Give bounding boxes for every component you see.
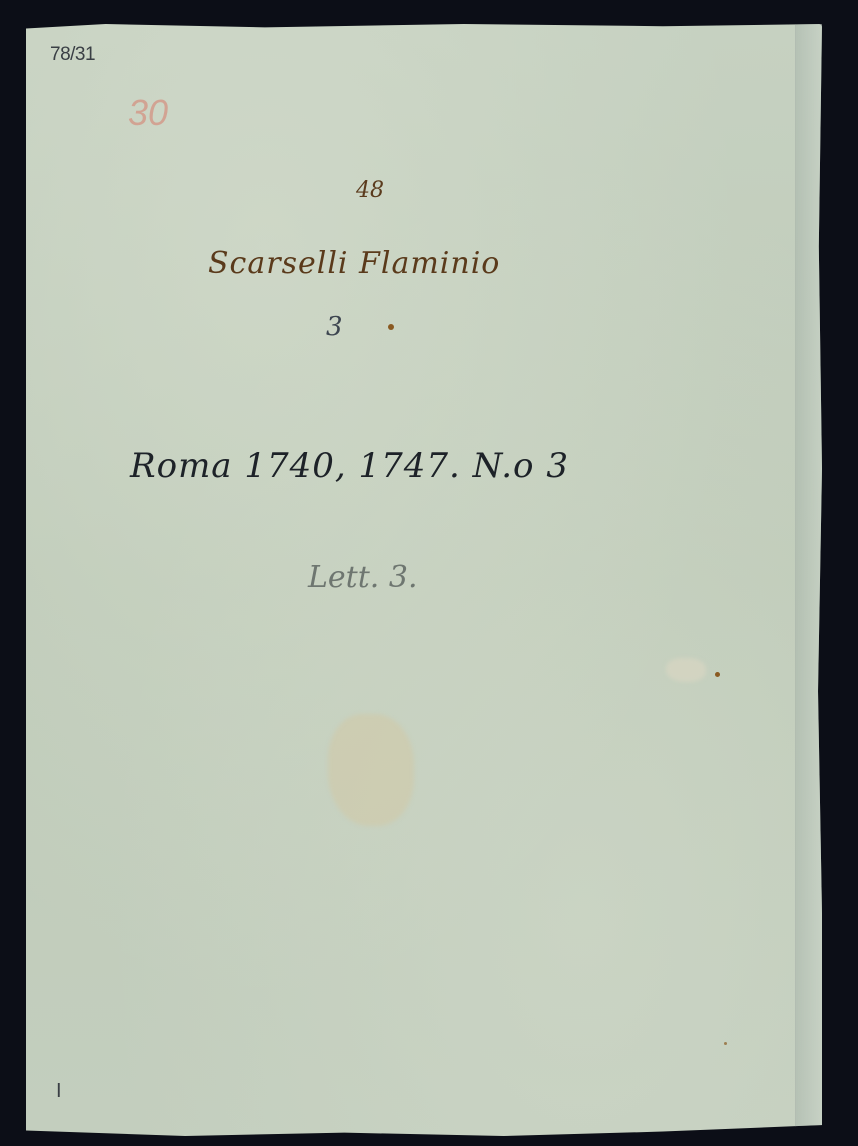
letters-count-note: Lett. 3.	[308, 560, 417, 595]
water-stain	[666, 658, 706, 682]
roman-numeral-mark: I	[56, 1080, 62, 1103]
correspondent-name: Scarselli Flaminio	[208, 246, 500, 281]
folio-number: 48	[356, 178, 384, 203]
foxing-spot	[724, 1042, 727, 1045]
red-pencil-number: 30	[128, 92, 168, 134]
archive-reference: 78/31	[50, 44, 95, 66]
ink-spot	[388, 324, 394, 330]
scan-background: 78/31 30 48 Scarselli Flaminio 3 Roma 17…	[0, 0, 858, 1146]
sub-number: 3	[326, 312, 343, 342]
paper-fold-edge	[795, 24, 822, 1136]
place-dates-line: Roma 1740, 1747. N.o 3	[130, 446, 569, 486]
water-stain	[328, 714, 414, 826]
foxing-spot	[715, 672, 720, 677]
paper-sheet: 78/31 30 48 Scarselli Flaminio 3 Roma 17…	[26, 24, 822, 1136]
